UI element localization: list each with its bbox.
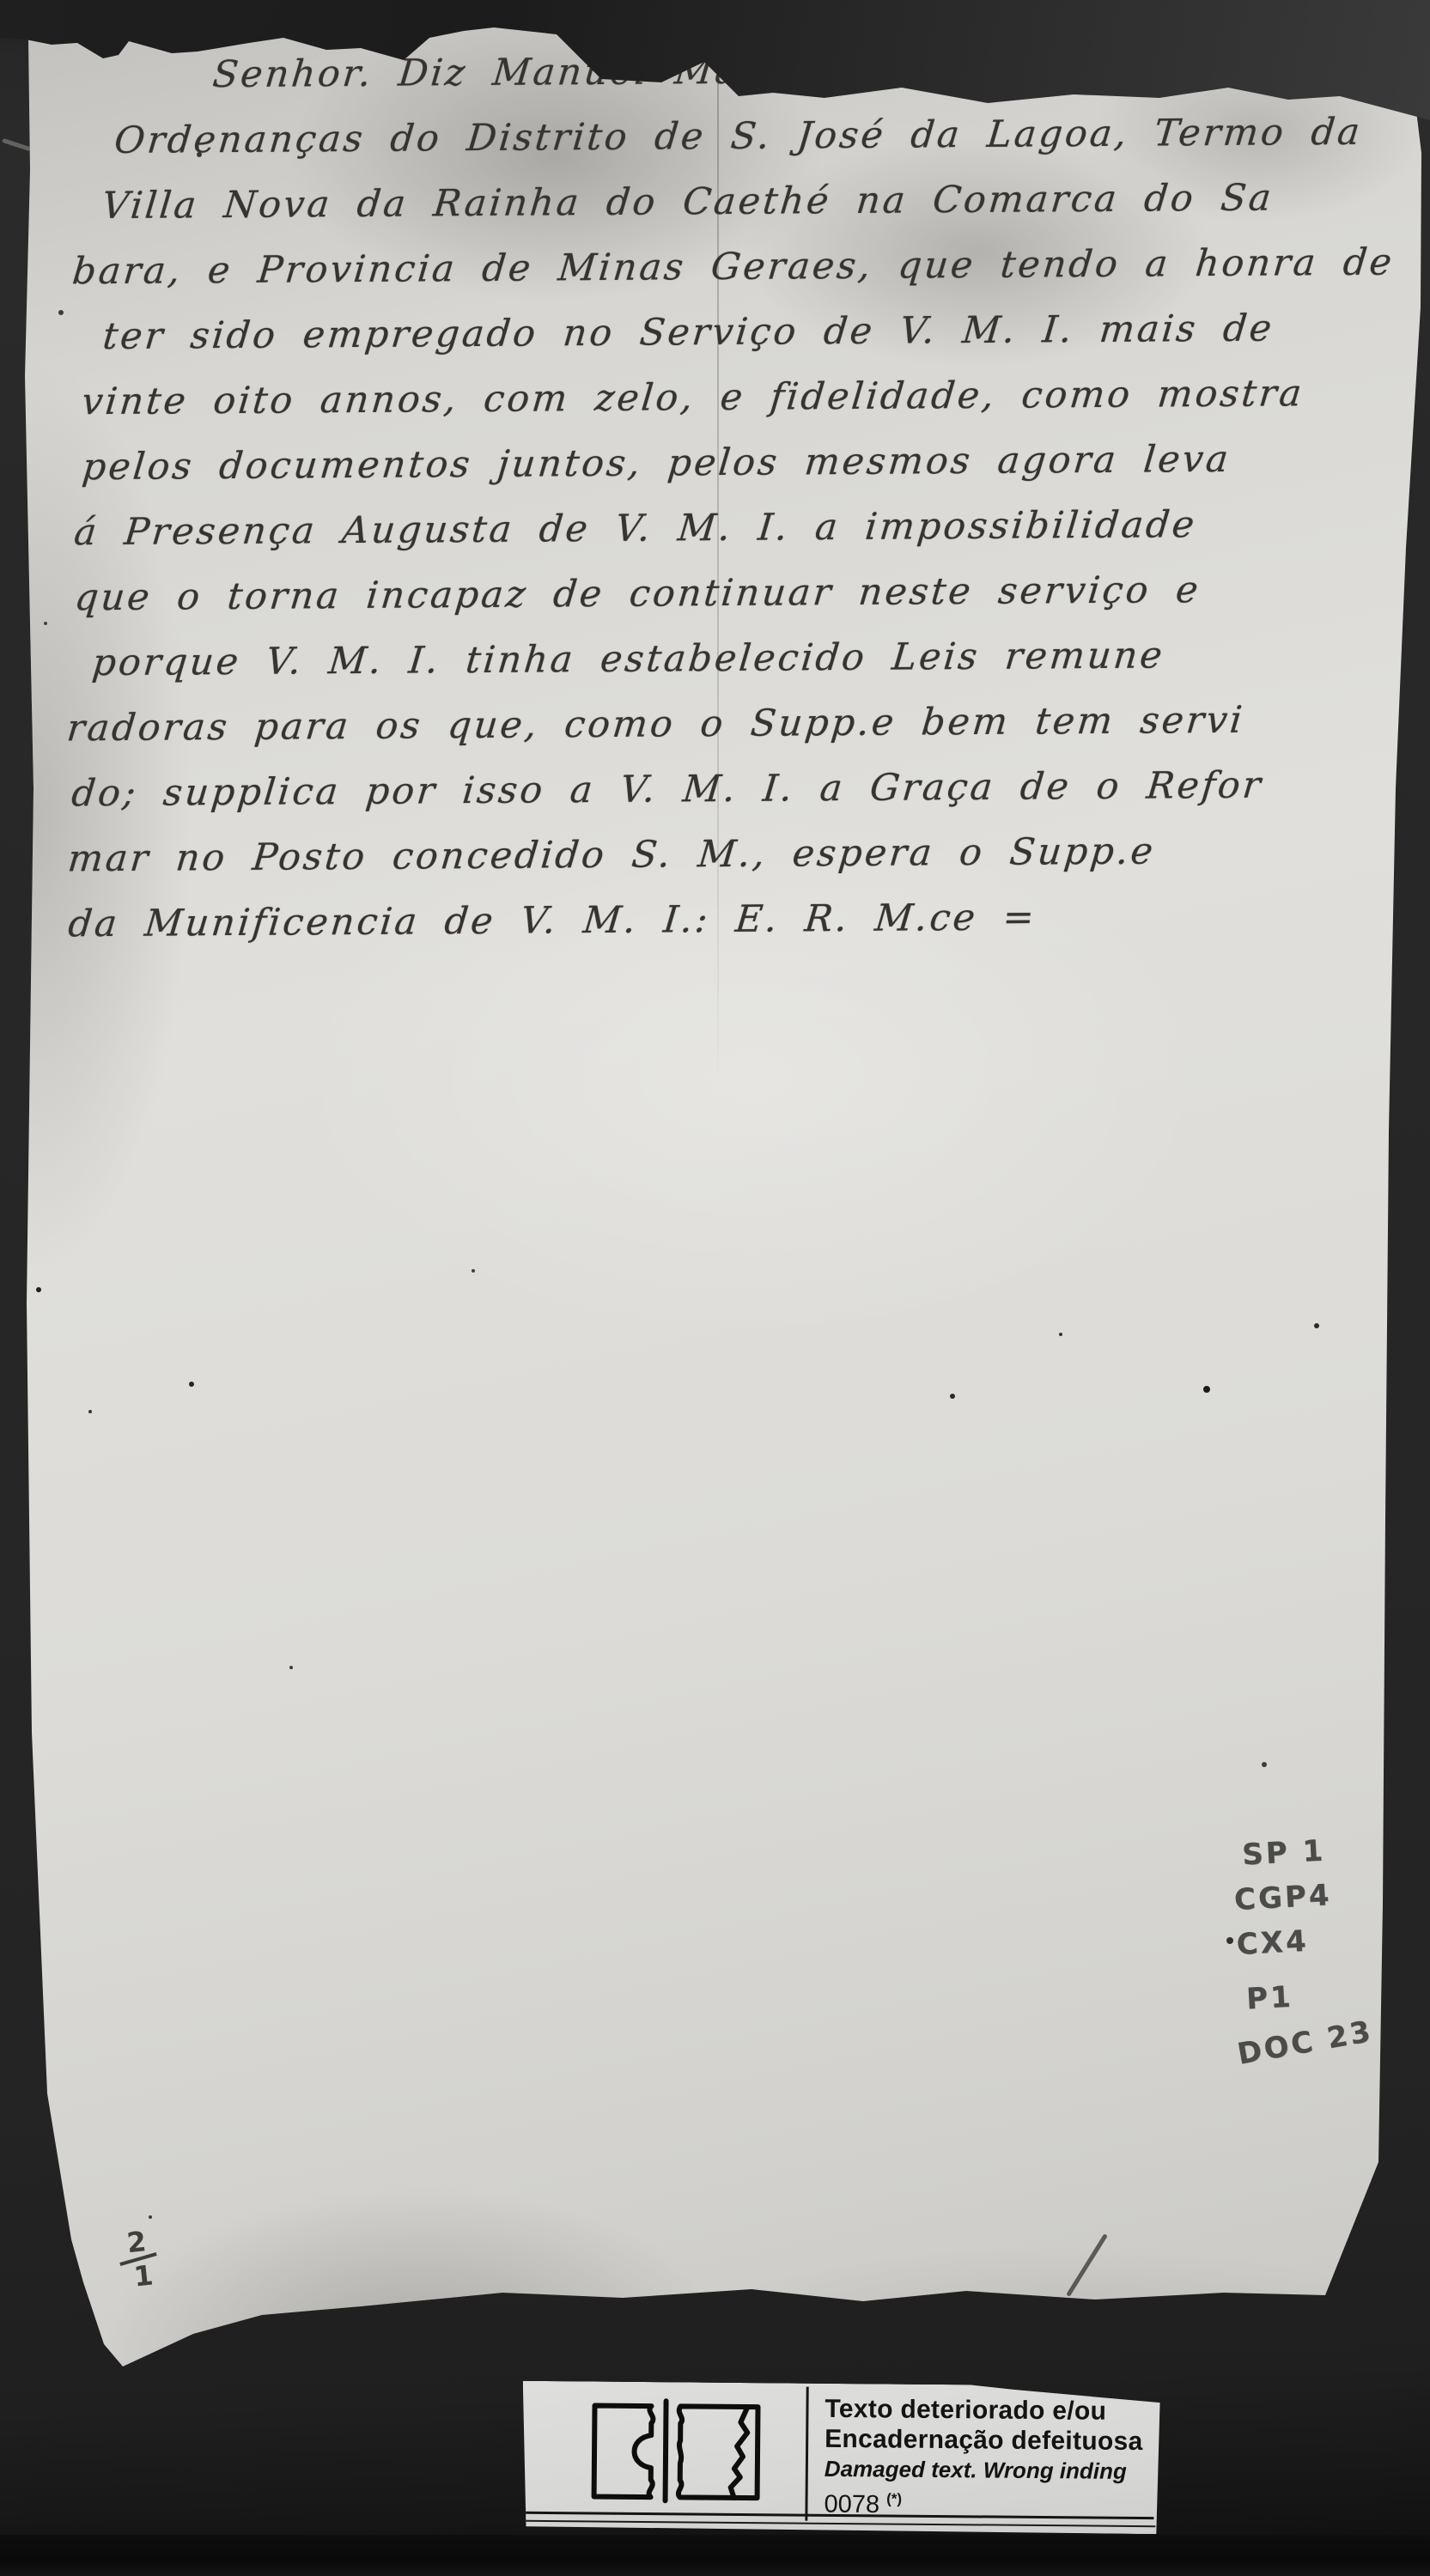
- manuscript-line: á Presença Augusta de V. M. I. a impossi…: [70, 501, 1429, 576]
- archival-code-line: SP 1: [1241, 1825, 1396, 1877]
- scan-bottom-strip: [0, 2535, 1430, 2576]
- damaged-book-icon: [578, 2390, 778, 2512]
- stamp-code-note: (*): [886, 2490, 902, 2506]
- stamp-english-line: Damaged text. Wrong inding: [825, 2454, 1143, 2486]
- handwritten-petition-text: Senhor. Diz Manuel Martins da Costa, Cap…: [18, 45, 1428, 968]
- manuscript-line: pelos documentos juntos, pelos mesmos ag…: [78, 436, 1428, 511]
- manuscript-line: do; supplica por isso a V. M. I. a Graça…: [68, 762, 1430, 837]
- manuscript-line: radoras para os que, como o Supp.e bem t…: [63, 697, 1430, 772]
- stamp-divider-line: [805, 2387, 808, 2521]
- archival-code-line: CX4: [1235, 1914, 1400, 1967]
- manuscript-line: ter sido empregado no Serviço de V. M. I…: [99, 306, 1427, 380]
- manuscript-line: Ordenanças do Distrito de S. José da Lag…: [110, 110, 1426, 185]
- manuscript-line: vinte oito annos, com zelo, e fidelidade…: [77, 371, 1427, 446]
- pencil-page-fraction: 2 1: [114, 2226, 161, 2293]
- damaged-text-stamp-label: Texto deteriorado e/ou Encadernação defe…: [521, 2381, 1159, 2534]
- manuscript-line: bara, e Provincia de Minas Geraes, que t…: [68, 240, 1427, 315]
- manuscript-line: porque V. M. I. tinha estabelecido Leis …: [88, 632, 1430, 707]
- manuscript-line: mar no Posto concedido S. M., espera o S…: [64, 828, 1430, 902]
- scan-left-crease-artifact: [2, 138, 31, 151]
- fraction-denominator: 1: [125, 2259, 161, 2292]
- manuscript-line: que o torna incapaz de continuar neste s…: [70, 567, 1429, 641]
- pencil-archival-codes: SP 1 CGP4 CX4 P1 DOC 23: [1231, 1825, 1406, 2067]
- manuscript-paper-sheet: Senhor. Diz Manuel Martins da Costa, Cap…: [21, 15, 1426, 2372]
- stamp-portuguese-line-1: Texto deteriorado e/ou: [825, 2394, 1143, 2427]
- stamp-text-block: Texto deteriorado e/ou Encadernação defe…: [824, 2394, 1143, 2523]
- manuscript-line: Villa Nova da Rainha do Caethé na Comarc…: [98, 175, 1427, 250]
- stamp-portuguese-line-2: Encadernação defeituosa: [825, 2424, 1143, 2457]
- manuscript-line: da Munificencia de V. M. I.: E. R. M.ce …: [64, 893, 1430, 968]
- archival-scan-page: { "page": { "description": "Scanned page…: [0, 0, 1430, 2576]
- pen-fold-mark: [1066, 2233, 1108, 2297]
